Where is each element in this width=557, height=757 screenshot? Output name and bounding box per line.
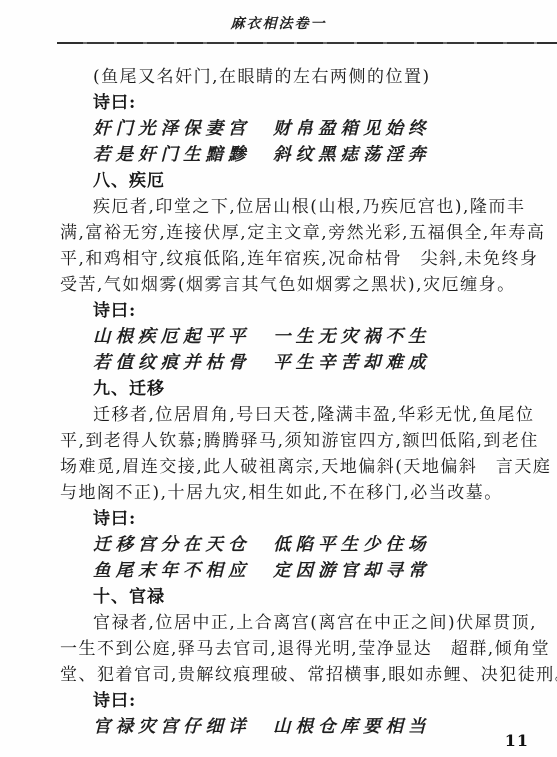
text-line: 山根疾厄起平平 一生无灾祸不生 (60, 324, 529, 350)
text-line: 迁移者,位居眉角,号曰天苍,隆满丰盈,华彩无忧,鱼尾位 (60, 402, 529, 428)
text-line: 平,到老得人钦慕;腾腾驿马,须知游宦四方,额凹低陷,到老住 (60, 428, 529, 454)
text-line: 受苦,气如烟雾(烟雾言其气色如烟雾之黑状),灾厄缠身。 (60, 272, 529, 298)
text-line: 诗曰: (60, 506, 529, 532)
text-line: 鱼尾末年不相应 定因游官却寻常 (60, 558, 529, 584)
page-number: 11 (505, 731, 529, 750)
text-line: 疾厄者,印堂之下,位居山根(山根,乃疾厄宫也),隆而丰 (60, 194, 529, 220)
text-line: 堂、犯着官司,贵解纹痕理破、常招横事,眼如赤鲤、决犯徒刑。 (60, 662, 529, 688)
text-line: 与地阁不正),十居九灾,相生如此,不在移门,必当改墓。 (60, 480, 529, 506)
text-line: 奸门光泽保妻宫 财帛盈箱见始终 (60, 116, 529, 142)
text-line: 诗曰: (60, 298, 529, 324)
text-line: 场难觅,眉连交接,此人破祖离宗,天地偏斜(天地偏斜 言天庭 (60, 454, 529, 480)
text-line: 满,富裕无穷,连接伏厚,定主文章,旁然光彩,五福俱全,年寿高 (60, 220, 529, 246)
header-divider (57, 42, 557, 44)
text-line: 平,和鸡相守,纹痕低陷,连年宿疾,况命枯骨 尖斜,未免终身 (60, 246, 529, 272)
text-line: (鱼尾又名奸门,在眼睛的左右两侧的位置) (60, 64, 529, 90)
text-line: 九、迁移 (60, 376, 529, 402)
text-line: 八、疾厄 (60, 168, 529, 194)
page-body: (鱼尾又名奸门,在眼睛的左右两侧的位置)诗曰:奸门光泽保妻宫 财帛盈箱见始终若是… (60, 64, 529, 740)
text-line: 十、官禄 (60, 584, 529, 610)
text-line: 一生不到公庭,驿马去官司,退得光明,莹净显达 超群,倾角堂 (60, 636, 529, 662)
text-line: 迁移宫分在天仓 低陷平生少住场 (60, 532, 529, 558)
text-line: 若值纹痕并枯骨 平生辛苦却难成 (60, 350, 529, 376)
text-line: 诗曰: (60, 90, 529, 116)
text-line: 官禄灾宫仔细详 山根仓库要相当 (60, 714, 529, 740)
book-page: 麻衣相法卷一 (鱼尾又名奸门,在眼睛的左右两侧的位置)诗曰:奸门光泽保妻宫 财帛… (0, 0, 557, 757)
text-line: 若是奸门生黯黪 斜纹黑痣荡淫奔 (60, 142, 529, 168)
text-line: 诗曰: (60, 688, 529, 714)
text-line: 官禄者,位居中正,上合离宫(离宫在中正之间)伏犀贯顶, (60, 610, 529, 636)
page-header-title: 麻衣相法卷一 (0, 13, 557, 33)
